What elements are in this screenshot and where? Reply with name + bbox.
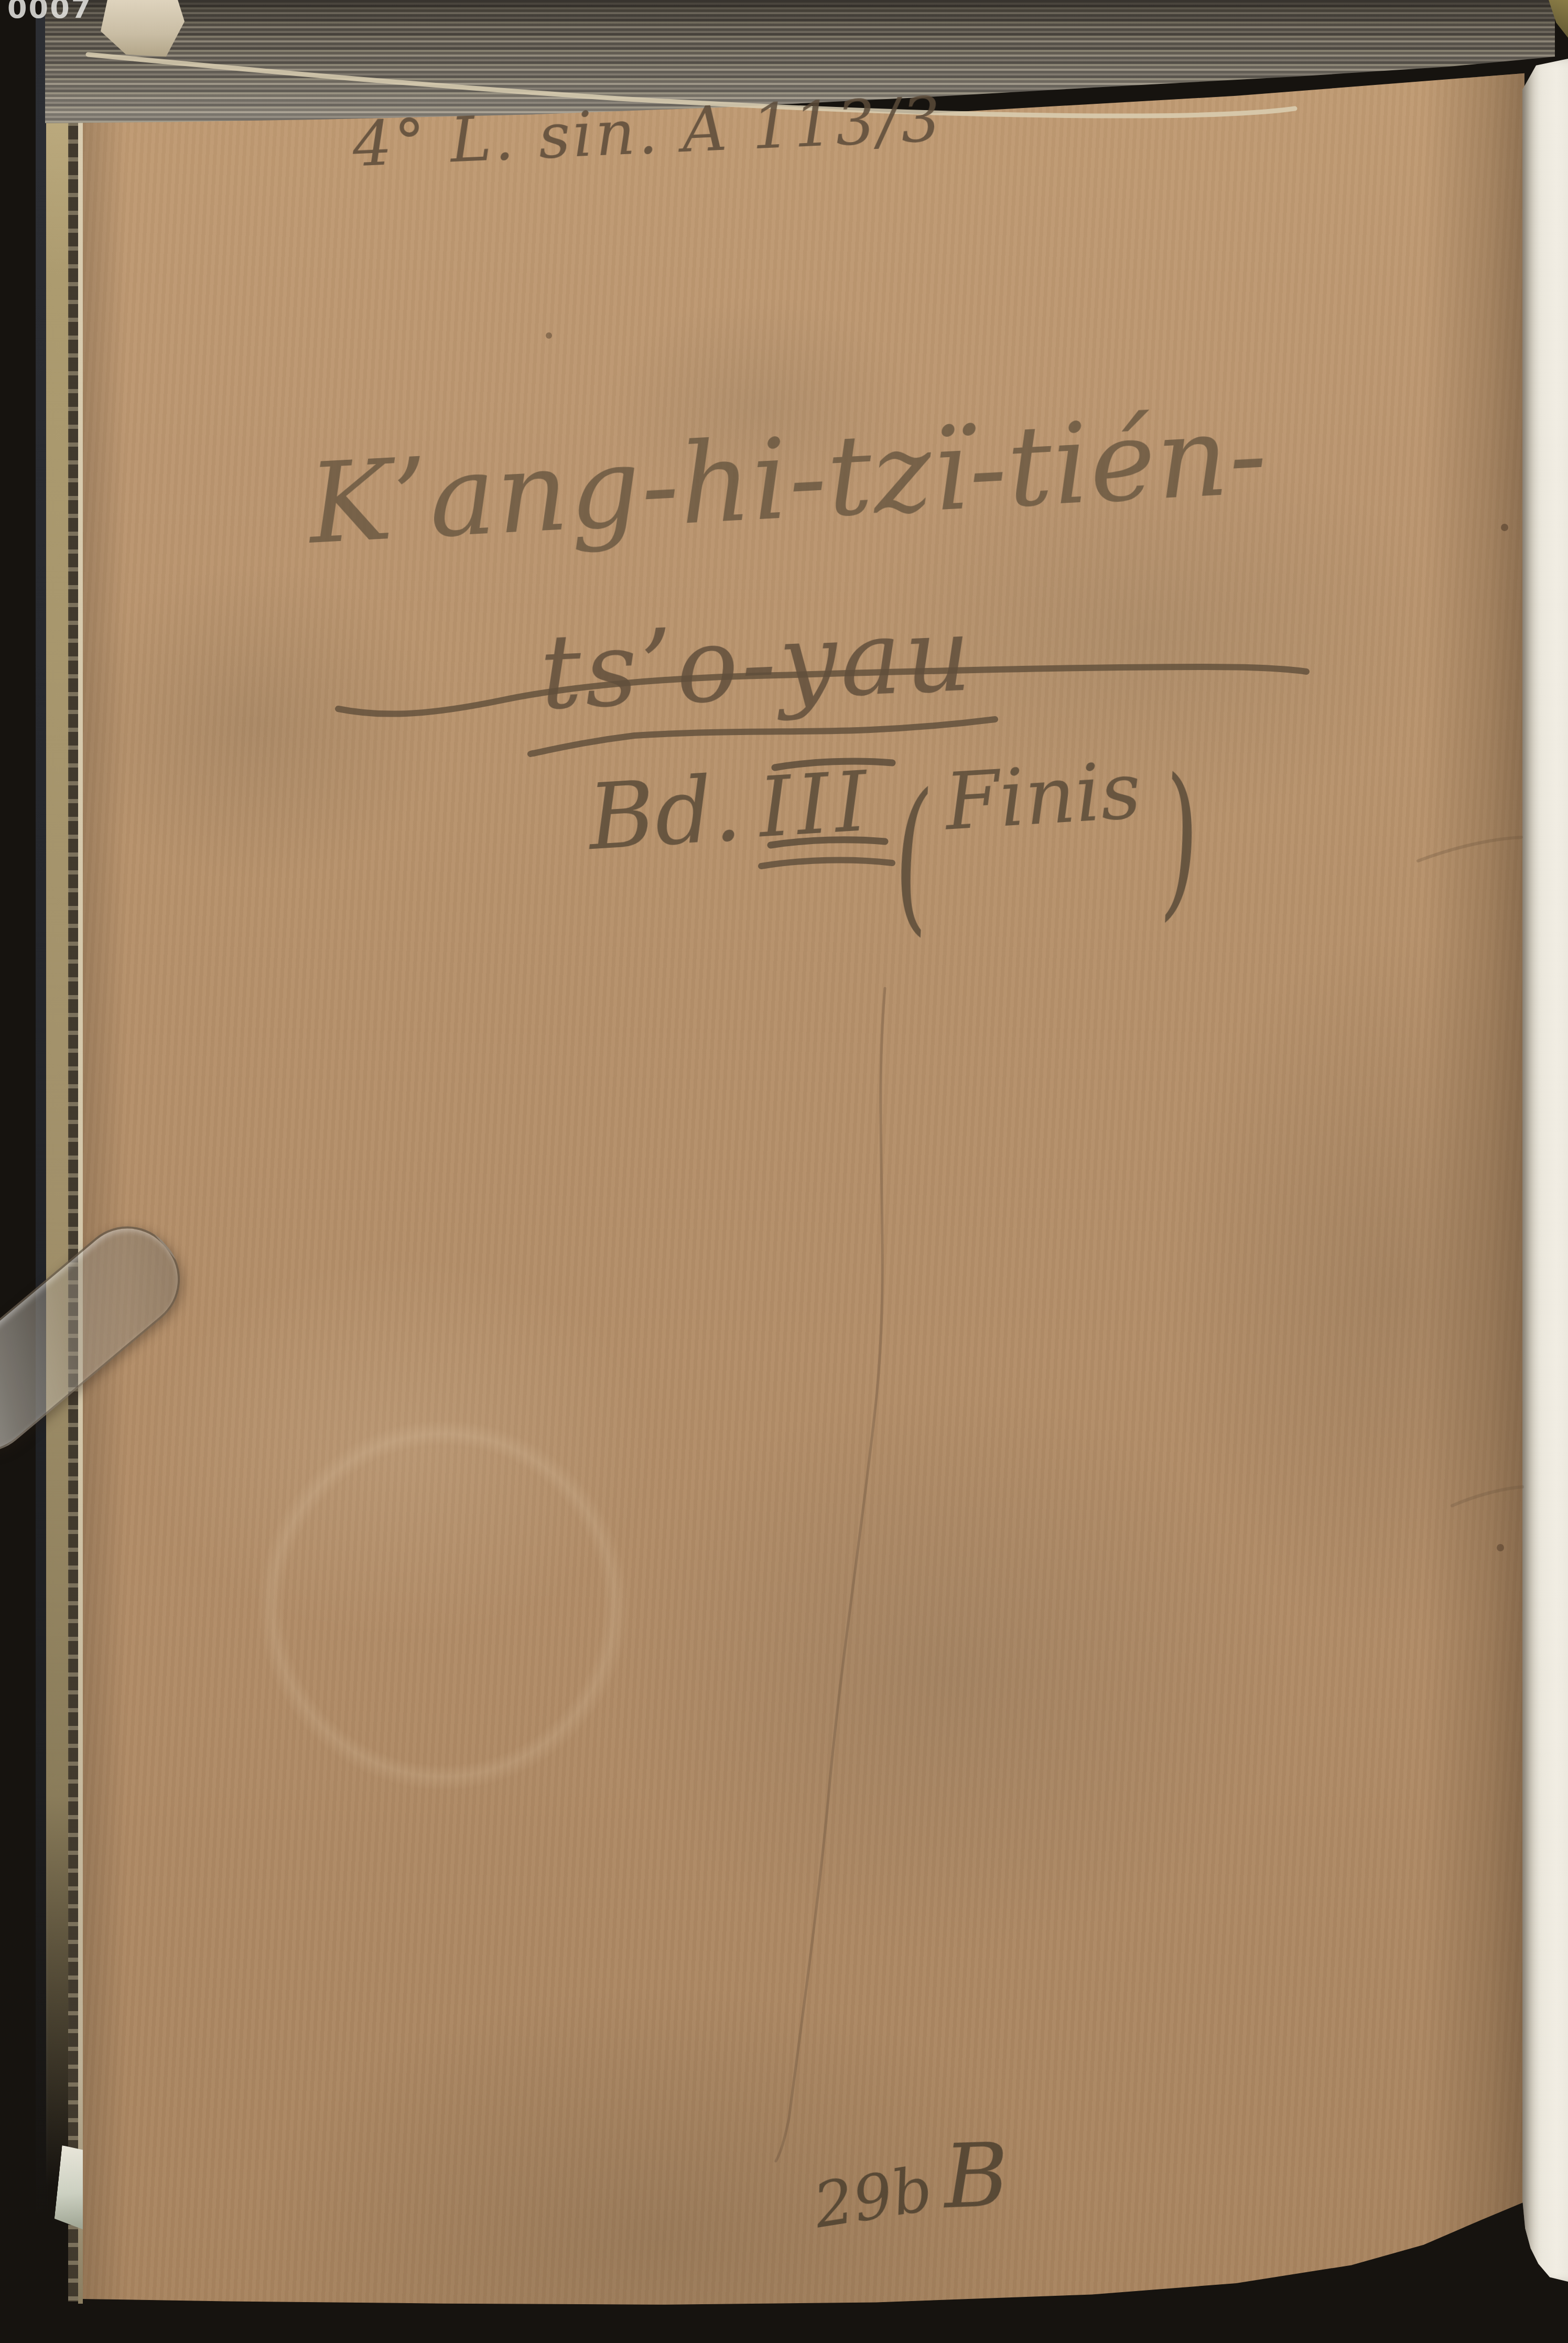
cover-fold-edge: [78, 41, 83, 2304]
stitch-seam: [68, 37, 79, 2302]
scan-id-watermark: 0007: [7, 0, 92, 25]
facing-page-edge: [1522, 59, 1568, 2282]
volume-word: Finis: [942, 731, 1143, 848]
volume-prefix: Bd.: [586, 756, 744, 870]
foliation-number: 29b: [806, 2132, 937, 2242]
book-scan-viewer: 4° L. sin. A 113/3 K’ang-hi-tzï-tién- ts…: [0, 0, 1568, 2343]
spine-board-strip: [46, 16, 69, 2186]
volume-numeral: III: [755, 748, 875, 856]
book-cover: [83, 46, 1524, 2306]
foliation-letter: B: [942, 2123, 1010, 2228]
title-inscription-line-2: ts’o-yau: [537, 595, 976, 733]
